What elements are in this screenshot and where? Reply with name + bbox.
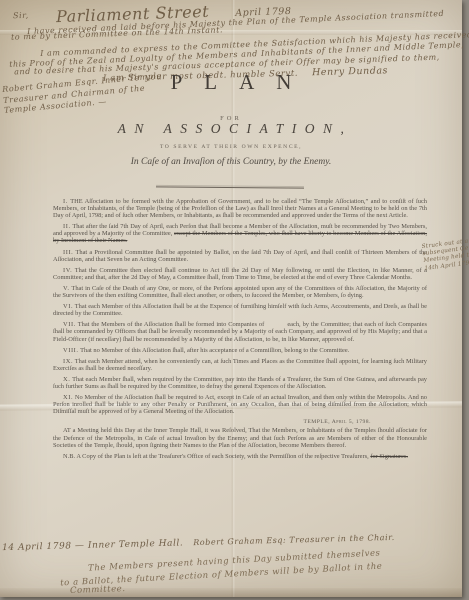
article-number: XI. [63, 394, 73, 401]
article-number: III. [63, 249, 73, 256]
article-number: II. [63, 223, 71, 230]
plan-subheading: In Caſe of an Invaſion of this Country, … [0, 157, 462, 167]
minute-date-place: 14 April 1798 — Inner Temple Hall. [2, 538, 183, 553]
resolution-paragraph: AT a Meeting held this Day at the Inner … [53, 427, 427, 448]
article-number: IV. [63, 267, 72, 274]
article-item: IV. That the Committee then elected ſhal… [53, 267, 427, 281]
article-text: That the Committee then elected ſhall co… [53, 267, 427, 281]
nb-paragraph: N.B. A Copy of the Plan is left at the T… [53, 453, 427, 460]
article-number: V. [63, 285, 70, 292]
article-item: III. That a Proviſional Committee ſhall … [53, 249, 427, 263]
document-page: Parliament StreetApril 1798 Sir, I have … [0, 0, 462, 597]
article-number: X. [63, 376, 70, 383]
article-number: VIII. [63, 347, 79, 354]
photo-background: Parliament StreetApril 1798 Sir, I have … [0, 0, 469, 600]
article-item: V. That in Caſe of the Death of any One,… [53, 285, 427, 299]
nb-text: N.B. A Copy of the Plan is left at the T… [63, 453, 369, 460]
article-number: IX. [63, 358, 73, 365]
minute-line: Committee. [70, 584, 126, 596]
article-item: II. That after the ſaid 7th Day of April… [53, 223, 427, 244]
plan-title: PLAN [0, 70, 462, 95]
article-item: VI. That each Member of this Aſſociation… [53, 303, 427, 317]
article-text: No Member of the Aſſociation ſhall be re… [53, 394, 427, 415]
article-number: VI. [63, 303, 73, 310]
article-text: That the Members of the Aſſociation ſhal… [53, 321, 427, 342]
article-text: That each Member of this Aſſociation ſha… [53, 303, 427, 317]
plan-tagline: TO SERVE AT THEIR OWN EXPENCE, [0, 144, 462, 150]
article-item: IX. That each Member attend, when he con… [53, 358, 427, 372]
article-text: That a Proviſional Committee ſhall be ap… [53, 249, 427, 263]
nb-struck-text: for Signatures. [370, 453, 408, 460]
article-text: That no Member of this Aſſociation ſhall… [80, 347, 349, 354]
articles-list: I. THE Aſſociation to be formed with the… [53, 198, 427, 464]
article-number: VII. [63, 321, 76, 328]
resolution-text: AT a Meeting held this Day at the Inner … [53, 427, 427, 448]
article-number: I. [63, 198, 68, 205]
article-item: VII. That the Members of the Aſſociation… [53, 321, 427, 342]
article-text: That in Caſe of the Death of any One, or… [53, 285, 427, 299]
article-item: XI. No Member of the Aſſociation ſhall b… [53, 394, 427, 415]
letter-salutation: Sir, [13, 11, 29, 21]
article-text: That each Member attend, when he conveni… [53, 358, 427, 372]
article-text: THE Aſſociation to be formed with the Ap… [53, 198, 427, 219]
minute-chairman: Robert Graham Esq: Treasurer in the Chai… [193, 533, 395, 547]
article-item: X. That each Member ſhall, when required… [53, 376, 427, 390]
plan-subtitle: AN ASSOCIATION, [0, 121, 462, 137]
article-text: That each Member ſhall, when required by… [53, 376, 427, 390]
margin-note: Struck out at a subsequent General Meeti… [421, 238, 469, 273]
resolution-dateline: TEMPLE, April 5, 1798. [53, 419, 427, 426]
article-item: VIII. That no Member of this Aſſociation… [53, 347, 427, 354]
article-item: I. THE Aſſociation to be formed with the… [53, 198, 427, 219]
divider-rule [156, 186, 304, 188]
